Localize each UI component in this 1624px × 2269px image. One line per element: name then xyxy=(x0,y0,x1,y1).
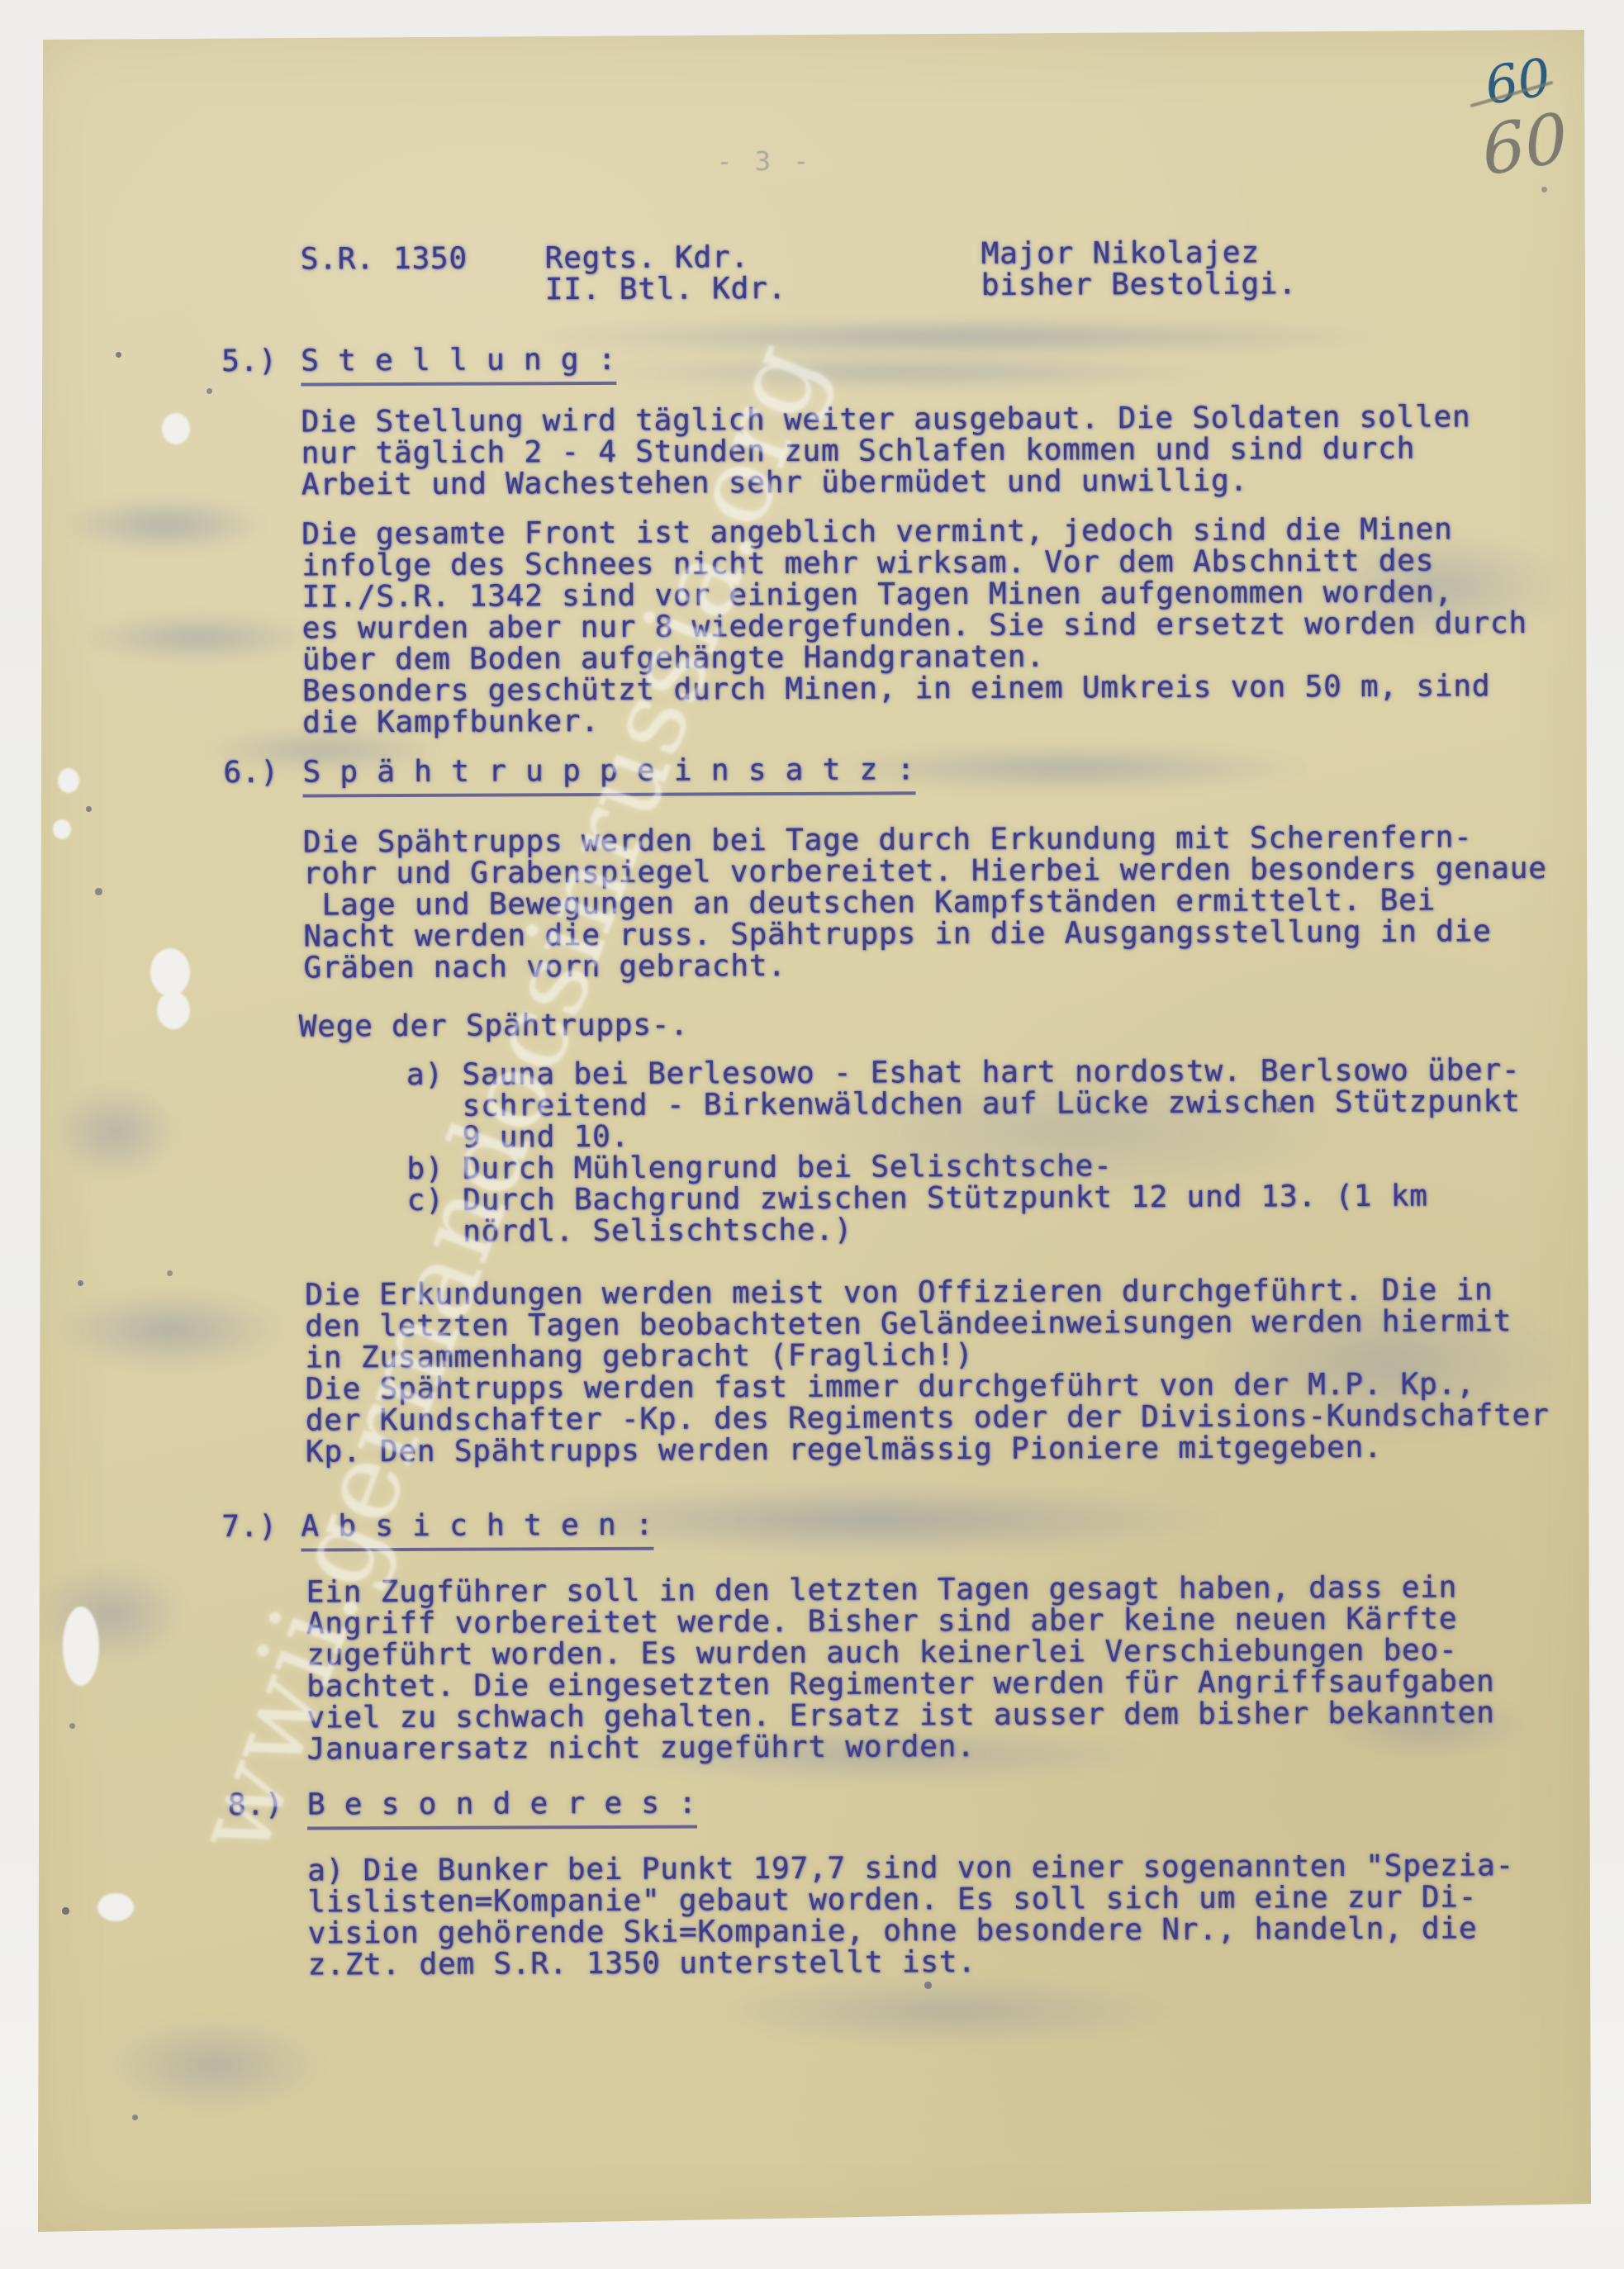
section-5-paragraph-1: Die Stellung wird täglich weiter ausgeba… xyxy=(301,401,1470,501)
text-line: Nacht werden die russ. Spähtrupps in die… xyxy=(303,916,1547,953)
text-line: viel zu schwach gehalten. Ersatz ist aus… xyxy=(306,1697,1494,1734)
text-line: vision gehörende Ski=Kompanie, ohne beso… xyxy=(307,1913,1514,1949)
text-line: Kp. Den Spähtrupps werden regelmässig Pi… xyxy=(306,1431,1550,1469)
section-5-title: S t e l l u n g : xyxy=(301,344,616,387)
handwritten-number-pencil: 60 xyxy=(1479,98,1572,192)
header-commander-names: Major Nikolajezbisher Bestoligi. xyxy=(981,237,1297,301)
header-unit-text: S.R. 1350 xyxy=(301,242,468,277)
scanned-document-background: - 3 - S.R. 1350 Regts. Kdr.II. Btl. Kdr.… xyxy=(0,0,1624,2269)
header-commander-roles: Regts. Kdr.II. Btl. Kdr. xyxy=(545,242,787,306)
section-7-paragraph-1: Ein Zugführer soll in den letzten Tagen … xyxy=(306,1572,1495,1765)
text-line: die Kampfbunker. xyxy=(302,702,1527,738)
document-page: - 3 - S.R. 1350 Regts. Kdr.II. Btl. Kdr.… xyxy=(0,0,1624,2269)
section-5-number: 5.) xyxy=(221,346,301,387)
section-6-paragraph-1: Die Spähtrupps werden bei Tage durch Erk… xyxy=(303,822,1548,985)
text-line: nördl. Selischtsche.) xyxy=(407,1212,1522,1248)
text-line: II. Btl. Kdr. xyxy=(545,273,786,306)
section-6-number: 6.) xyxy=(223,757,302,798)
section-5-paragraph-2: Die gesamte Front ist angeblich vermint,… xyxy=(302,514,1527,738)
text-line: Regts. Kdr. xyxy=(545,242,786,274)
text-line: nur täglich 2 - 4 Stunden zum Schlafen k… xyxy=(302,433,1471,469)
text-line: c) Durch Bachgrund zwischen Stützpunkt 1… xyxy=(407,1180,1522,1217)
section-8-item-a: a) Die Bunker bei Punkt 197,7 sind von e… xyxy=(307,1850,1514,1981)
text-line: Major Nikolajez xyxy=(981,237,1297,270)
section-5-heading: 5.) S t e l l u n g : xyxy=(221,344,616,387)
section-8-title: B e s o n d e r e s : xyxy=(307,1787,697,1830)
text-line: Januarersatz nicht zugeführt worden. xyxy=(306,1729,1494,1765)
ink-specks xyxy=(0,0,2,2)
text-line: es wurden aber nur 8 wiedergefunden. Sie… xyxy=(302,608,1527,644)
page-number: - 3 - xyxy=(716,145,812,178)
text-line: Besonders geschützt durch Minen, in eine… xyxy=(302,671,1527,707)
text-line: z.Zt. dem S.R. 1350 unterstellt ist. xyxy=(308,1944,1515,1981)
header-unit: S.R. 1350 xyxy=(301,244,468,276)
text-line: bisher Bestoligi. xyxy=(981,268,1297,301)
text-line: Arbeit und Wachestehen sehr übermüdet un… xyxy=(302,464,1471,501)
text-line: 9 und 10. xyxy=(406,1118,1521,1154)
